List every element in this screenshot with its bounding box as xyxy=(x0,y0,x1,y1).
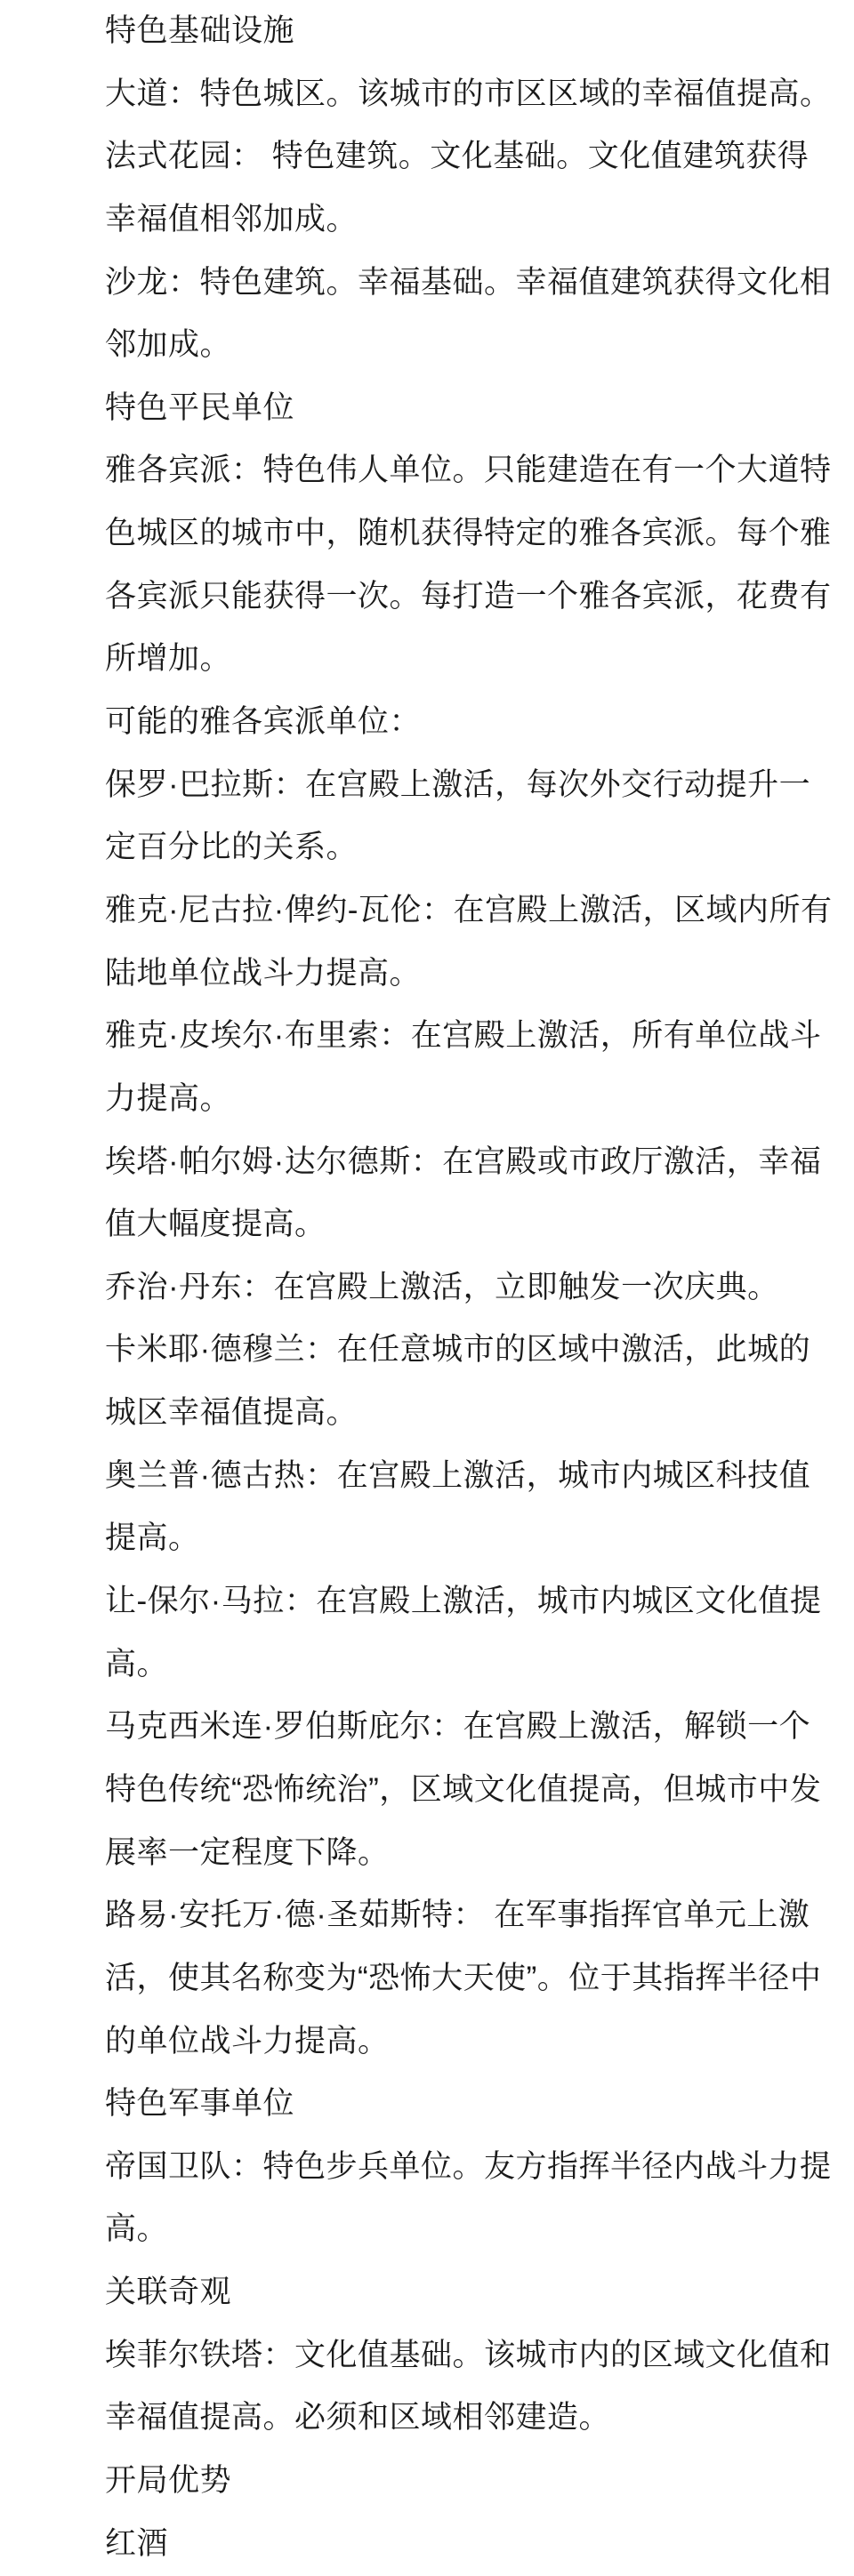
text-line: 开局优势 xyxy=(105,2450,838,2513)
text-line: 色城区的城市中，随机获得特定的雅各宾派。每个雅 xyxy=(105,502,838,566)
text-line: 埃塔·帕尔姆·达尔德斯：在宫殿或市政厅激活，幸福 xyxy=(105,1131,838,1194)
text-line: 邻加成。 xyxy=(105,314,838,377)
document-body: 特色基础设施大道：特色城区。该城市的市区区域的幸福值提高。法式花园： 特色建筑。… xyxy=(0,0,854,2575)
text-line: 陆地单位战斗力提高。 xyxy=(105,943,838,1006)
text-line: 力提高。 xyxy=(105,1068,838,1131)
text-line: 特色基础设施 xyxy=(105,0,838,63)
text-line: 的单位战斗力提高。 xyxy=(105,2010,838,2074)
text-line: 沙龙：特色建筑。幸福基础。幸福值建筑获得文化相 xyxy=(105,252,838,315)
text-line: 活，使其名称变为“恐怖大天使”。位于其指挥半径中 xyxy=(105,1947,838,2010)
text-line: 路易·安托万·德·圣茹斯特： 在军事指挥官单元上激 xyxy=(105,1884,838,1947)
text-line: 特色平民单位 xyxy=(105,377,838,440)
text-line: 奥兰普·德古热：在宫殿上激活，城市内城区科技值 xyxy=(105,1445,838,1508)
text-line: 法式花园： 特色建筑。文化基础。文化值建筑获得 xyxy=(105,125,838,189)
text-line: 特色军事单位 xyxy=(105,2073,838,2136)
text-line: 乔治·丹东：在宫殿上激活，立即触发一次庆典。 xyxy=(105,1256,838,1320)
text-line: 特色传统“恐怖统治”，区域文化值提高，但城市中发 xyxy=(105,1759,838,1822)
text-line: 雅克·皮埃尔·布里索：在宫殿上激活，所有单位战斗 xyxy=(105,1005,838,1068)
text-line: 马克西米连·罗伯斯庇尔：在宫殿上激活，解锁一个 xyxy=(105,1696,838,1759)
text-line: 关联奇观 xyxy=(105,2261,838,2324)
text-line: 帝国卫队：特色步兵单位。友方指挥半径内战斗力提 xyxy=(105,2136,838,2199)
text-line: 幸福值相邻加成。 xyxy=(105,189,838,252)
text-line: 高。 xyxy=(105,2198,838,2261)
text-line: 埃菲尔铁塔：文化值基础。该城市内的区域文化值和 xyxy=(105,2324,838,2387)
text-line: 高。 xyxy=(105,1633,838,1697)
text-line: 大道：特色城区。该城市的市区区域的幸福值提高。 xyxy=(105,63,838,126)
text-line: 可能的雅各宾派单位： xyxy=(105,691,838,754)
text-line: 保罗·巴拉斯：在宫殿上激活，每次外交行动提升一 xyxy=(105,754,838,817)
text-line: 幸福值提高。必须和区域相邻建造。 xyxy=(105,2387,838,2450)
text-line: 提高。 xyxy=(105,1507,838,1570)
text-line: 红酒 xyxy=(105,2513,838,2576)
text-line: 定百分比的关系。 xyxy=(105,816,838,879)
text-line: 城区幸福值提高。 xyxy=(105,1382,838,1445)
text-line: 雅克·尼古拉·俾约-瓦伦：在宫殿上激活，区域内所有 xyxy=(105,879,838,943)
text-line: 值大幅度提高。 xyxy=(105,1193,838,1256)
text-line: 让-保尔·马拉：在宫殿上激活，城市内城区文化值提 xyxy=(105,1570,838,1633)
text-line: 各宾派只能获得一次。每打造一个雅各宾派，花费有 xyxy=(105,566,838,629)
text-line: 卡米耶·德穆兰：在任意城市的区域中激活，此城的 xyxy=(105,1319,838,1382)
text-line: 雅各宾派：特色伟人单位。只能建造在有一个大道特 xyxy=(105,439,838,502)
text-line: 所增加。 xyxy=(105,628,838,691)
text-line: 展率一定程度下降。 xyxy=(105,1822,838,1885)
